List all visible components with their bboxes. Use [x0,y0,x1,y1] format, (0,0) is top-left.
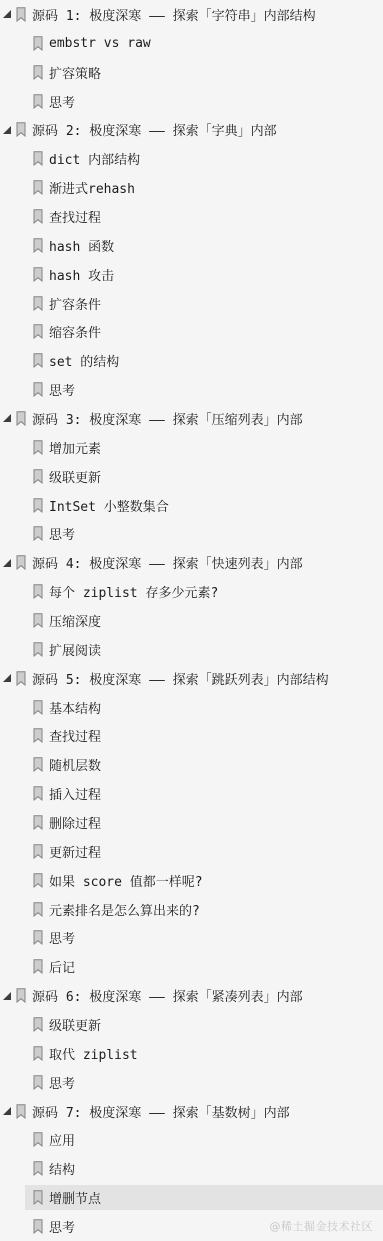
collapse-arrow-icon[interactable] [3,1107,11,1115]
outline-item-inner: hash 攻击 [25,262,383,287]
bookmark-icon [33,65,43,80]
outline-item-inner: 思考 [25,1070,383,1095]
outline-item-label: 级联更新 [49,467,101,486]
outline-item-inner: 扩容条件 [25,291,383,316]
outline-section-label: 源码 3: 极度深寒 —— 探索「压缩列表」内部 [32,409,303,428]
outline-item[interactable]: 扩容策略 [0,58,383,87]
outline-item-label: 删除过程 [49,813,101,832]
outline-item-inner: 更新过程 [25,839,383,864]
outline-item-label: 元素排名是怎么算出来的? [49,900,200,919]
outline-item-label: 缩容条件 [49,322,101,341]
outline-item-label: hash 攻击 [49,265,114,284]
outline-item-inner: 思考 [25,377,383,402]
outline-item[interactable]: embstr vs raw [0,29,383,58]
outline-item-inner: 结构 [25,1156,383,1181]
outline-item-inner: hash 函数 [25,233,383,258]
outline-item[interactable]: dict 内部结构 [0,144,383,173]
collapse-arrow-icon[interactable] [3,10,11,18]
outline-item-inner: 思考 [25,925,383,950]
outline-item-inner: 缩容条件 [25,319,383,344]
outline-item-label: 扩容条件 [49,294,101,313]
outline-item[interactable]: 随机层数 [0,750,383,779]
outline-item-label: 思考 [49,1073,75,1092]
outline-item[interactable]: 渐进式rehash [0,173,383,202]
outline-item-inner: 查找过程 [25,723,383,748]
outline-item-inner: 取代 ziplist [25,1041,383,1066]
bookmark-icon [33,1161,43,1176]
bookmark-icon [33,353,43,368]
bookmark-icon [33,584,43,599]
outline-item[interactable]: 缩容条件 [0,317,383,346]
outline-item[interactable]: 应用 [0,1126,383,1155]
outline-item[interactable]: hash 函数 [0,231,383,260]
outline-section-label: 源码 6: 极度深寒 —— 探索「紧凑列表」内部 [32,986,303,1005]
bookmark-icon [33,324,43,339]
outline-section-label: 源码 2: 极度深寒 —— 探索「字典」内部 [32,120,277,139]
collapse-arrow-icon[interactable] [3,414,11,422]
outline-item-inner: 扩容策略 [25,60,383,85]
outline-item-label: 思考 [49,92,75,111]
outline-item-label: 思考 [49,1217,75,1236]
outline-item-label: 压缩深度 [49,611,101,630]
bookmark-icon [16,7,26,22]
outline-item-inner: 应用 [25,1127,383,1152]
outline-item-inner: 压缩深度 [25,608,383,633]
bookmark-icon [16,411,26,426]
outline-item-label: 每个 ziplist 存多少元素? [49,582,218,601]
outline-item-inner: set 的结构 [25,348,383,373]
outline-item-label: 思考 [49,380,75,399]
outline-item-inner: 后记 [25,954,383,979]
outline-item-label: 思考 [49,928,75,947]
outline-item-inner: 基本结构 [25,695,383,720]
bookmark-icon [33,642,43,657]
bookmark-icon [16,122,26,137]
outline-item-inner: 元素排名是怎么算出来的? [25,897,383,922]
bookmark-icon [33,94,43,109]
outline-item-label: hash 函数 [49,236,114,255]
bookmark-icon [16,671,26,686]
outline-item-label: 后记 [49,957,75,976]
outline-item[interactable]: 增删节点 [0,1183,383,1212]
outline-item-inner: 思考 [25,89,383,114]
outline-section[interactable]: 源码 1: 极度深寒 —— 探索「字符串」内部结构 [0,0,383,29]
outline-item-label: 查找过程 [49,726,101,745]
outline-item[interactable]: 后记 [0,952,383,981]
outline-item[interactable]: set 的结构 [0,346,383,375]
collapse-arrow-icon[interactable] [3,126,11,134]
outline-item-inner: IntSet 小整数集合 [25,493,383,518]
outline-item[interactable]: 思考 [0,1068,383,1097]
outline-item-label: 更新过程 [49,842,101,861]
bookmark-icon [33,815,43,830]
bookmark-icon [33,382,43,397]
outline-item[interactable]: 结构 [0,1154,383,1183]
outline-item[interactable]: 扩展阅读 [0,635,383,664]
bookmark-icon [33,700,43,715]
outline-item-label: 应用 [49,1130,75,1149]
outline-section-label: 源码 5: 极度深寒 —— 探索「跳跃列表」内部结构 [32,669,329,688]
bookmark-icon [33,469,43,484]
outline-item[interactable]: 基本结构 [0,693,383,722]
bookmark-icon [33,209,43,224]
outline-item[interactable]: 思考 [0,375,383,404]
outline-item-inner: 查找过程 [25,204,383,229]
bookmark-icon [33,930,43,945]
collapse-arrow-icon[interactable] [3,992,11,1000]
outline-item-inner: 增加元素 [25,435,383,460]
outline-section[interactable]: 源码 6: 极度深寒 —— 探索「紧凑列表」内部 [0,981,383,1010]
outline-item-label: 查找过程 [49,207,101,226]
outline-section[interactable]: 源码 2: 极度深寒 —— 探索「字典」内部 [0,115,383,144]
bookmark-icon [33,873,43,888]
bookmark-icon [33,757,43,772]
outline-section[interactable]: 源码 4: 极度深寒 —— 探索「快速列表」内部 [0,548,383,577]
bookmark-icon [33,267,43,282]
outline-item-label: embstr vs raw [49,36,151,51]
outline-item-label: 如果 score 值都一样呢? [49,871,203,890]
outline-item-inner: 如果 score 值都一样呢? [25,868,383,893]
outline-item[interactable]: 插入过程 [0,779,383,808]
outline-item-inner: 扩展阅读 [25,637,383,662]
outline-item[interactable]: 思考 [0,924,383,953]
outline-item[interactable]: hash 攻击 [0,260,383,289]
outline-item[interactable]: 删除过程 [0,808,383,837]
bookmark-icon [33,1219,43,1234]
outline-item-inner: embstr vs raw [25,31,383,56]
outline-item-label: 增删节点 [49,1188,101,1207]
bookmark-icon [33,151,43,166]
outline-section-label: 源码 4: 极度深寒 —— 探索「快速列表」内部 [32,553,303,572]
outline-item[interactable]: 取代 ziplist [0,1039,383,1068]
bookmark-icon [33,1132,43,1147]
outline-item[interactable]: 增加元素 [0,433,383,462]
outline-item[interactable]: 查找过程 [0,721,383,750]
bookmark-icon [16,1104,26,1119]
collapse-arrow-icon[interactable] [3,674,11,682]
outline-item-inner: 级联更新 [25,464,383,489]
outline-item-label: 增加元素 [49,438,101,457]
bookmark-icon [33,1190,43,1205]
outline-item-label: 渐进式rehash [49,178,135,197]
outline-item[interactable]: 思考 [0,519,383,548]
outline-item-label: 取代 ziplist [49,1044,138,1063]
outline-item[interactable]: 压缩深度 [0,606,383,635]
outline-section[interactable]: 源码 7: 极度深寒 —— 探索「基数树」内部 [0,1097,383,1126]
outline-item-inner: 删除过程 [25,810,383,835]
outline-item-label: 扩容策略 [49,63,101,82]
outline-item[interactable]: 级联更新 [0,462,383,491]
outline-section[interactable]: 源码 3: 极度深寒 —— 探索「压缩列表」内部 [0,404,383,433]
outline-item-inner: 每个 ziplist 存多少元素? [25,579,383,604]
outline-item-inner: dict 内部结构 [25,146,383,171]
bookmark-icon [33,526,43,541]
outline-item[interactable]: 级联更新 [0,1010,383,1039]
bookmark-icon [33,440,43,455]
bookmark-icon [33,902,43,917]
outline-section-label: 源码 1: 极度深寒 —— 探索「字符串」内部结构 [32,5,316,24]
outline-item-inner: 随机层数 [25,752,383,777]
outline-item-label: 扩展阅读 [49,640,101,659]
outline-item-inner: 增删节点 [25,1185,383,1210]
bookmark-icon [33,1017,43,1032]
outline-item[interactable]: 如果 score 值都一样呢? [0,866,383,895]
outline-item-label: 思考 [49,524,75,543]
outline-item-label: 插入过程 [49,784,101,803]
outline-item-label: 结构 [49,1159,75,1178]
outline-item-inner: 渐进式rehash [25,175,383,200]
outline-item[interactable]: 更新过程 [0,837,383,866]
bookmark-icon [33,498,43,513]
outline-item[interactable]: IntSet 小整数集合 [0,491,383,520]
bookmark-icon [16,988,26,1003]
outline-item-label: 基本结构 [49,698,101,717]
outline-item[interactable]: 思考 [0,87,383,116]
outline-item[interactable]: 每个 ziplist 存多少元素? [0,577,383,606]
bookmark-icon [33,959,43,974]
outline-item-label: set 的结构 [49,351,119,370]
collapse-arrow-icon[interactable] [3,559,11,567]
outline-section-label: 源码 7: 极度深寒 —— 探索「基数树」内部 [32,1102,290,1121]
bookmark-icon [33,1046,43,1061]
outline-item-inner: 插入过程 [25,781,383,806]
outline-item-label: IntSet 小整数集合 [49,496,169,515]
outline-item[interactable]: 元素排名是怎么算出来的? [0,895,383,924]
bookmark-icon [33,728,43,743]
bookmark-icon [33,36,43,51]
outline-item[interactable]: 查找过程 [0,202,383,231]
outline-item-label: dict 内部结构 [49,149,140,168]
watermark: @稀土掘金技术社区 [270,1218,374,1234]
bookmark-icon [33,613,43,628]
bookmark-icon [33,1075,43,1090]
bookmark-icon [33,844,43,859]
bookmark-icon [33,238,43,253]
outline-item[interactable]: 扩容条件 [0,289,383,318]
outline-item-label: 随机层数 [49,755,101,774]
bookmark-outline: 源码 1: 极度深寒 —— 探索「字符串」内部结构 embstr vs raw … [0,0,383,1241]
bookmark-icon [16,555,26,570]
outline-item-label: 级联更新 [49,1015,101,1034]
bookmark-icon [33,786,43,801]
outline-item-inner: 级联更新 [25,1012,383,1037]
outline-item-inner: 思考 [25,521,383,546]
bookmark-icon [33,180,43,195]
outline-section[interactable]: 源码 5: 极度深寒 —— 探索「跳跃列表」内部结构 [0,664,383,693]
bookmark-icon [33,296,43,311]
